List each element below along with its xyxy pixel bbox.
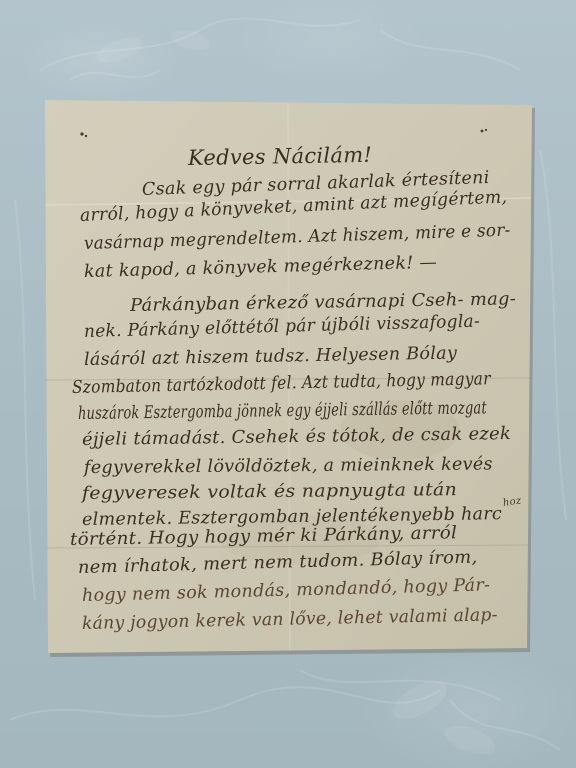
- interlinear-note: hoz: [502, 495, 522, 508]
- letter-line: nem írhatok, mert nem tudom. Bólay írom,: [78, 548, 478, 578]
- letter-line: éjjeli támadást. Csehek és tótok, de csa…: [82, 424, 511, 450]
- letter-line: hogy nem sok mondás, mondandó, hogy Pár-: [82, 575, 491, 606]
- letter-line: lásáról azt hiszem tudsz. Helyesen Bólay: [84, 343, 457, 370]
- letter-line: fegyverekkel lövöldöztek, a mieinknek ke…: [84, 454, 493, 478]
- letter-line: nek. Párkány előttétől pár újbóli vissza…: [84, 312, 480, 342]
- letter-line: kány jogyon kerek van lőve, lehet valami…: [82, 605, 498, 634]
- letter-salutation: Kedves Nácilám!: [188, 143, 373, 170]
- letter-line: Szombaton tartózkodott fel. Azt tudta, h…: [72, 369, 491, 398]
- letter-paper: Kedves Nácilám! Csak egy pár sorral akar…: [0, 0, 576, 768]
- handwritten-letter: Kedves Nácilám! Csak egy pár sorral akar…: [0, 0, 576, 768]
- letter-line: vasárnap megrendeltem. Azt hiszem, mire …: [84, 221, 511, 254]
- letter-line: fegyveresek voltak és napnyugta után: [82, 480, 457, 504]
- letter-line: huszárok Esztergomba jönnek egy éjjeli s…: [78, 398, 487, 424]
- letter-line: kat kapod, a könyvek megérkeznek! —: [84, 253, 438, 282]
